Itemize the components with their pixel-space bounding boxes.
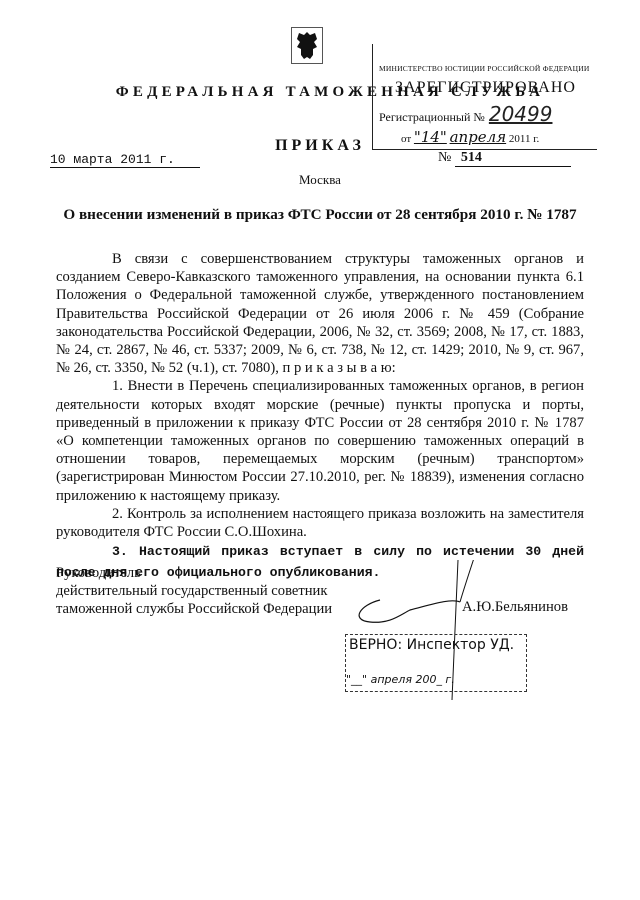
signatory-block: Руководитель действительный государствен…: [56, 564, 332, 618]
coat-of-arms-icon: [291, 27, 323, 64]
item-2-paragraph: 2. Контроль за исполнением настоящего пр…: [56, 505, 584, 541]
item-1-paragraph: 1. Внести в Перечень специализированных …: [56, 377, 584, 504]
verification-stamp: ВЕРНО: Инспектор УД. "__" апреля 200_ г.: [345, 634, 527, 692]
document-date: 10 марта 2011 г.: [50, 152, 200, 168]
stamp-status: ЗАРЕГИСТРИРОВАНО: [395, 79, 576, 97]
stamp-ministry: МИНИСТЕРСТВО ЮСТИЦИИ РОССИЙСКОЙ ФЕДЕРАЦИ…: [379, 64, 589, 73]
signatory-rank: действительный государственный советник: [56, 582, 332, 600]
verification-text: ВЕРНО: Инспектор УД.: [349, 637, 514, 653]
document-number: № 514: [438, 150, 571, 167]
signatory-name: А.Ю.Бельянинов: [462, 599, 568, 616]
signatory-service: таможенной службы Российской Федерации: [56, 600, 332, 618]
document-title: О внесении изменений в приказ ФТС России…: [0, 206, 640, 224]
document-body: В связи с совершенствованием структуры т…: [56, 250, 584, 583]
stamp-reg-number: Регистрационный №20499: [379, 102, 552, 126]
registration-stamp: МИНИСТЕРСТВО ЮСТИЦИИ РОССИЙСКОЙ ФЕДЕРАЦИ…: [372, 44, 597, 150]
preamble-paragraph: В связи с совершенствованием структуры т…: [56, 250, 584, 377]
document-city: Москва: [0, 172, 640, 188]
verification-date: "__" апреля 200_ г.: [346, 673, 455, 686]
signatory-title: Руководитель: [56, 564, 332, 582]
